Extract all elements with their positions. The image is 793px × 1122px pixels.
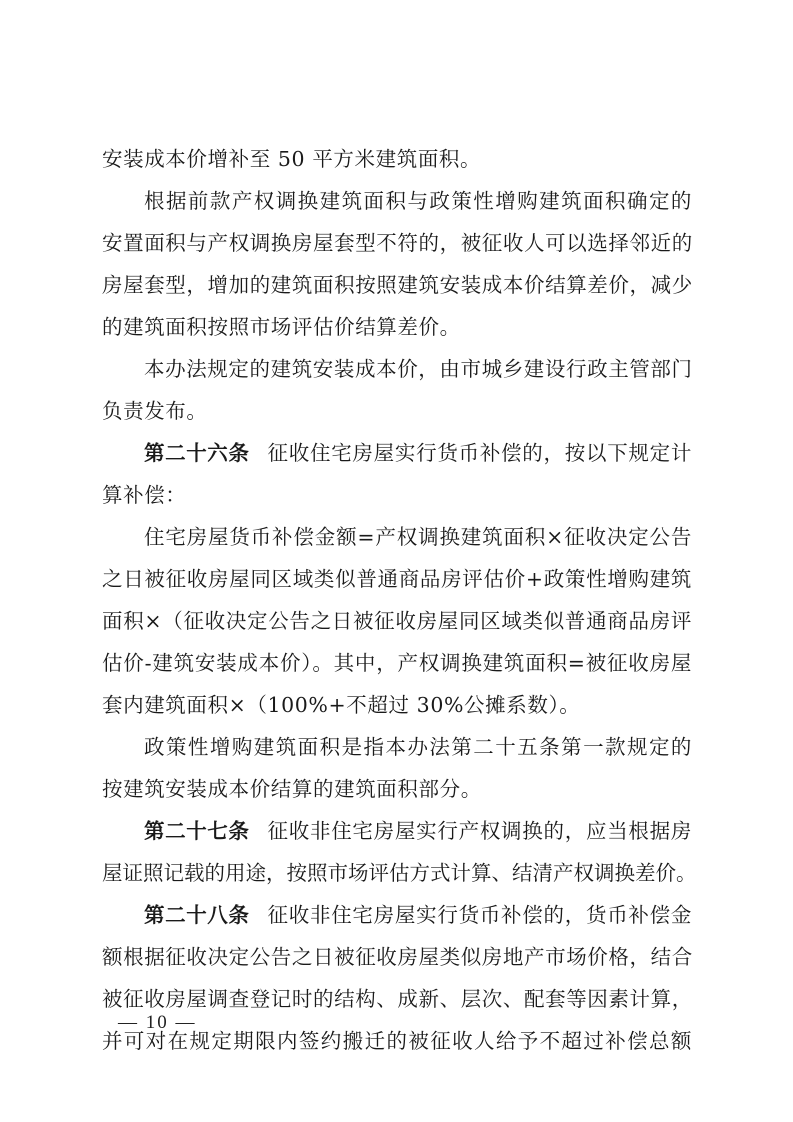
text-line: 安装成本价增补至 50 平方米建筑面积。 bbox=[102, 138, 481, 180]
article-heading: 第二十六条 bbox=[144, 432, 250, 474]
text-line: 负责发布。 bbox=[102, 390, 208, 432]
text-line: 政策性增购建筑面积是指本办法第二十五条第一款规定的 bbox=[102, 726, 692, 768]
article-27-line: 第二十七条 征收非住宅房屋实行产权调换的，应当根据房 bbox=[102, 810, 692, 852]
text-line: 屋证照记载的用途，按照市场评估方式计算、结清产权调换差价。 bbox=[102, 852, 692, 894]
article-heading: 第二十七条 bbox=[144, 810, 250, 852]
text-line: 按建筑安装成本价结算的建筑面积部分。 bbox=[102, 768, 482, 810]
text-line: 房屋套型，增加的建筑面积按照建筑安装成本价结算差价，减少 bbox=[102, 264, 692, 306]
text-line: 估价-建筑安装成本价）。其中，产权调换建筑面积=被征收房屋 bbox=[102, 642, 692, 684]
text-line: 根据前款产权调换建筑面积与政策性增购建筑面积确定的 bbox=[102, 180, 692, 222]
text-line: 面积×（征收决定公告之日被征收房屋同区域类似普通商品房评 bbox=[102, 600, 692, 642]
text-line: 安置面积与产权调换房屋套型不符的，被征收人可以选择邻近的 bbox=[102, 222, 692, 264]
text-line: 征收住宅房屋实行货币补偿的，按以下规定计 bbox=[268, 432, 693, 474]
text-line: 的建筑面积按照市场评估价结算差价。 bbox=[102, 306, 461, 348]
article-26-line: 第二十六条 征收住宅房屋实行货币补偿的，按以下规定计 bbox=[102, 432, 692, 474]
text-line: 住宅房屋货币补偿金额=产权调换建筑面积×征收决定公告 bbox=[102, 516, 692, 558]
text-line: 套内建筑面积×（100%+不超过 30%公摊系数）。 bbox=[102, 684, 580, 726]
text-line: 征收非住宅房屋实行货币补偿的，货币补偿金 bbox=[268, 894, 693, 936]
page-number: — 10 — bbox=[118, 1012, 197, 1034]
text-line: 额根据征收决定公告之日被征收房屋类似房地产市场价格，结合 bbox=[102, 936, 692, 978]
text-line: 征收非住宅房屋实行产权调换的，应当根据房 bbox=[268, 810, 693, 852]
article-28-line: 第二十八条 征收非住宅房屋实行货币补偿的，货币补偿金 bbox=[102, 894, 692, 936]
text-line: 之日被征收房屋同区域类似普通商品房评估价+政策性增购建筑 bbox=[102, 558, 692, 600]
text-line: 算补偿： bbox=[102, 474, 186, 516]
text-line: 本办法规定的建筑安装成本价，由市城乡建设行政主管部门 bbox=[102, 348, 692, 390]
article-heading: 第二十八条 bbox=[144, 894, 250, 936]
